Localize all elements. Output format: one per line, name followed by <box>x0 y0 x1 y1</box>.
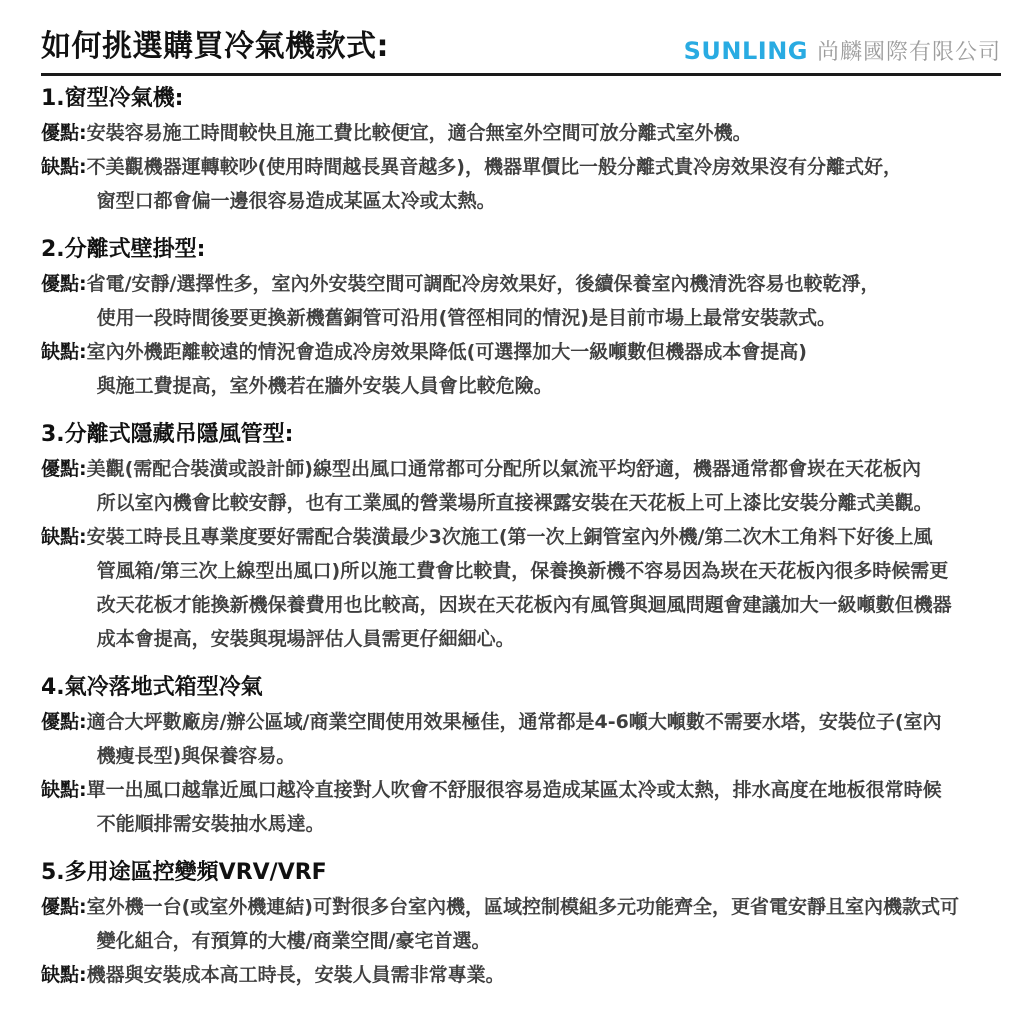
pros-item: 優點: 室外機一台(或室外機連結)可對很多台室內機，區域控制模組多元功能齊全，更… <box>41 890 1001 958</box>
text-line: 適合大坪數廠房/辦公區域/商業空間使用效果極佳，通常都是4-6噸大噸數不需要水塔… <box>87 705 942 739</box>
text-line: 安裝容易施工時間較快且施工費比較便宜，適合無室外空間可放分離式室外機。 <box>87 116 752 150</box>
page-title: 如何挑選購買冷氣機款式: <box>41 30 389 63</box>
text-line: 窗型口都會偏一邊很容易造成某區太冷或太熱。 <box>87 184 902 218</box>
text-line: 改天花板才能換新機保養費用也比較高，因崁在天花板內有風管與迴風問題會建議加大一級… <box>87 588 952 622</box>
cons-label: 缺點: <box>41 520 87 554</box>
text-line: 不美觀機器運轉較吵(使用時間越長異音越多)，機器單價比一般分離式貴冷房效果沒有分… <box>87 150 902 184</box>
item-text: 適合大坪數廠房/辦公區域/商業空間使用效果極佳，通常都是4-6噸大噸數不需要水塔… <box>87 705 942 773</box>
section-4: 4.氣冷落地式箱型冷氣 優點: 適合大坪數廠房/辦公區域/商業空間使用效果極佳，… <box>41 671 1001 841</box>
cons-item: 缺點: 安裝工時長且專業度要好需配合裝潢最少3次施工(第一次上銅管室內外機/第二… <box>41 520 1001 656</box>
text-line: 美觀(需配合裝潢或設計師)線型出風口通常都可分配所以氣流平均舒適，機器通常都會崁… <box>87 452 933 486</box>
cons-label: 缺點: <box>41 335 87 369</box>
text-line: 室外機一台(或室外機連結)可對很多台室內機，區域控制模組多元功能齊全，更省電安靜… <box>87 890 959 924</box>
section-items: 優點: 省電/安靜/選擇性多，室內外安裝空間可調配冷房效果好，後續保養室內機清洗… <box>41 267 1001 403</box>
text-line: 變化組合，有預算的大樓/商業空間/豪宅首選。 <box>87 924 959 958</box>
section-items: 優點: 室外機一台(或室外機連結)可對很多台室內機，區域控制模組多元功能齊全，更… <box>41 890 1001 992</box>
section-items: 優點: 美觀(需配合裝潢或設計師)線型出風口通常都可分配所以氣流平均舒適，機器通… <box>41 452 1001 656</box>
item-text: 安裝工時長且專業度要好需配合裝潢最少3次施工(第一次上銅管室內外機/第二次木工角… <box>87 520 952 656</box>
item-text: 機器與安裝成本高工時長，安裝人員需非常專業。 <box>87 958 505 992</box>
section-items: 優點: 適合大坪數廠房/辦公區域/商業空間使用效果極佳，通常都是4-6噸大噸數不… <box>41 705 1001 841</box>
section-3: 3.分離式隱藏吊隱風管型: 優點: 美觀(需配合裝潢或設計師)線型出風口通常都可… <box>41 418 1001 656</box>
section-heading: 1.窗型冷氣機: <box>41 82 1001 116</box>
text-line: 不能順排需安裝抽水馬達。 <box>87 807 942 841</box>
section-heading: 4.氣冷落地式箱型冷氣 <box>41 671 1001 705</box>
cons-label: 缺點: <box>41 958 87 992</box>
page-header: 如何挑選購買冷氣機款式: SUNLING 尚麟國際有限公司 <box>41 30 1001 76</box>
pros-item: 優點: 適合大坪數廠房/辦公區域/商業空間使用效果極佳，通常都是4-6噸大噸數不… <box>41 705 1001 773</box>
text-line: 安裝工時長且專業度要好需配合裝潢最少3次施工(第一次上銅管室內外機/第二次木工角… <box>87 520 952 554</box>
pros-label: 優點: <box>41 267 87 301</box>
document-page: 如何挑選購買冷氣機款式: SUNLING 尚麟國際有限公司 1.窗型冷氣機: 優… <box>0 0 1024 1024</box>
text-line: 省電/安靜/選擇性多，室內外安裝空間可調配冷房效果好，後續保養室內機清洗容易也較… <box>87 267 880 301</box>
text-line: 成本會提高，安裝與現場評估人員需更仔細細心。 <box>87 622 952 656</box>
brand-logo: SUNLING 尚麟國際有限公司 <box>684 35 1001 66</box>
item-text: 省電/安靜/選擇性多，室內外安裝空間可調配冷房效果好，後續保養室內機清洗容易也較… <box>87 267 880 335</box>
item-text: 不美觀機器運轉較吵(使用時間越長異音越多)，機器單價比一般分離式貴冷房效果沒有分… <box>87 150 902 218</box>
pros-item: 優點: 美觀(需配合裝潢或設計師)線型出風口通常都可分配所以氣流平均舒適，機器通… <box>41 452 1001 520</box>
cons-item: 缺點: 不美觀機器運轉較吵(使用時間越長異音越多)，機器單價比一般分離式貴冷房效… <box>41 150 1001 218</box>
pros-item: 優點: 省電/安靜/選擇性多，室內外安裝空間可調配冷房效果好，後續保養室內機清洗… <box>41 267 1001 335</box>
pros-label: 優點: <box>41 890 87 924</box>
cons-item: 缺點: 單一出風口越靠近風口越冷直接對人吹會不舒服很容易造成某區太冷或太熱，排水… <box>41 773 1001 841</box>
text-line: 與施工費提高，室外機若在牆外安裝人員會比較危險。 <box>87 369 807 403</box>
text-line: 使用一段時間後要更換新機舊銅管可沿用(管徑相同的情況)是目前市場上最常安裝款式。 <box>87 301 880 335</box>
brand-company-name: 尚麟國際有限公司 <box>817 35 1001 66</box>
section-heading: 5.多用途區控變頻VRV/VRF <box>41 856 1001 890</box>
text-line: 單一出風口越靠近風口越冷直接對人吹會不舒服很容易造成某區太冷或太熱，排水高度在地… <box>87 773 942 807</box>
pros-label: 優點: <box>41 705 87 739</box>
text-line: 所以室內機會比較安靜，也有工業風的營業場所直接裸露安裝在天花板上可上漆比安裝分離… <box>87 486 933 520</box>
section-5: 5.多用途區控變頻VRV/VRF 優點: 室外機一台(或室外機連結)可對很多台室… <box>41 856 1001 992</box>
item-text: 室內外機距離較遠的情況會造成冷房效果降低(可選擇加大一級噸數但機器成本會提高)與… <box>87 335 807 403</box>
cons-item: 缺點: 機器與安裝成本高工時長，安裝人員需非常專業。 <box>41 958 1001 992</box>
brand-name: SUNLING <box>684 37 808 65</box>
pros-label: 優點: <box>41 116 87 150</box>
text-line: 機器與安裝成本高工時長，安裝人員需非常專業。 <box>87 958 505 992</box>
cons-label: 缺點: <box>41 773 87 807</box>
item-text: 室外機一台(或室外機連結)可對很多台室內機，區域控制模組多元功能齊全，更省電安靜… <box>87 890 959 958</box>
cons-label: 缺點: <box>41 150 87 184</box>
item-text: 安裝容易施工時間較快且施工費比較便宜，適合無室外空間可放分離式室外機。 <box>87 116 752 150</box>
content-area: 1.窗型冷氣機: 優點: 安裝容易施工時間較快且施工費比較便宜，適合無室外空間可… <box>41 82 1001 992</box>
text-line: 機瘦長型)與保養容易。 <box>87 739 942 773</box>
cons-item: 缺點: 室內外機距離較遠的情況會造成冷房效果降低(可選擇加大一級噸數但機器成本會… <box>41 335 1001 403</box>
pros-label: 優點: <box>41 452 87 486</box>
section-heading: 2.分離式壁掛型: <box>41 233 1001 267</box>
item-text: 美觀(需配合裝潢或設計師)線型出風口通常都可分配所以氣流平均舒適，機器通常都會崁… <box>87 452 933 520</box>
pros-item: 優點: 安裝容易施工時間較快且施工費比較便宜，適合無室外空間可放分離式室外機。 <box>41 116 1001 150</box>
text-line: 室內外機距離較遠的情況會造成冷房效果降低(可選擇加大一級噸數但機器成本會提高) <box>87 335 807 369</box>
section-heading: 3.分離式隱藏吊隱風管型: <box>41 418 1001 452</box>
section-1: 1.窗型冷氣機: 優點: 安裝容易施工時間較快且施工費比較便宜，適合無室外空間可… <box>41 82 1001 218</box>
text-line: 管風箱/第三次上線型出風口)所以施工費會比較貴，保養換新機不容易因為崁在天花板內… <box>87 554 952 588</box>
item-text: 單一出風口越靠近風口越冷直接對人吹會不舒服很容易造成某區太冷或太熱，排水高度在地… <box>87 773 942 841</box>
section-items: 優點: 安裝容易施工時間較快且施工費比較便宜，適合無室外空間可放分離式室外機。 … <box>41 116 1001 218</box>
section-2: 2.分離式壁掛型: 優點: 省電/安靜/選擇性多，室內外安裝空間可調配冷房效果好… <box>41 233 1001 403</box>
